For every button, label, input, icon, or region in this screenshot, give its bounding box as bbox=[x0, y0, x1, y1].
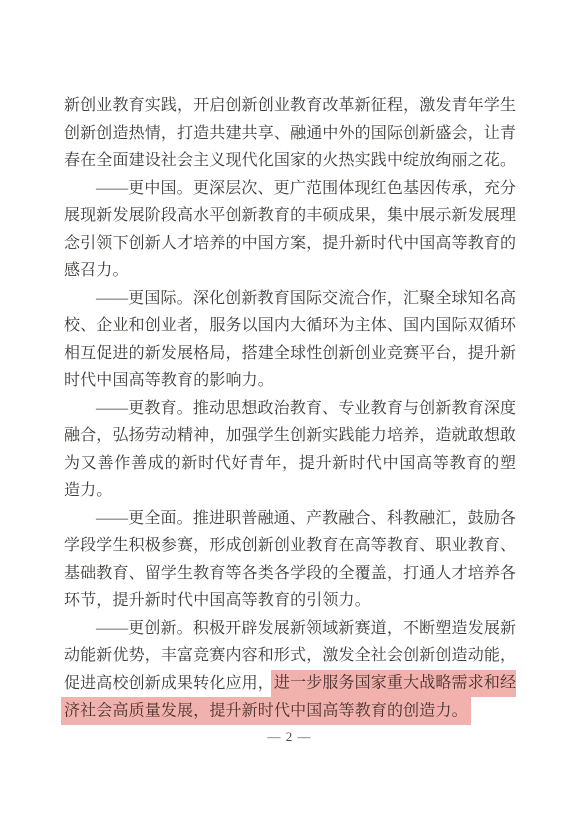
text-line: 新创业教育实践，开启创新创业教育改革新征程，激发青年学生 bbox=[64, 92, 516, 120]
text-line: 感召力。 bbox=[64, 257, 516, 285]
text-segment: 融合，弘扬劳动精神，加强学生创新实践能力培养，造就敢想敢 bbox=[64, 427, 516, 444]
highlighted-text: 进一步服务国家重大战略需求和经 bbox=[271, 670, 516, 698]
text-segment: 新创业教育实践，开启创新创业教育改革新征程，激发青年学生 bbox=[64, 97, 516, 114]
text-segment: 念引领下创新人才培养的中国方案，提升新时代中国高等教育的 bbox=[64, 235, 516, 252]
text-line: ——更教育。推动思想政治教育、专业教育与创新教育深度 bbox=[64, 395, 516, 423]
text-line: 造力。 bbox=[64, 477, 516, 505]
text-line: 展现新发展阶段高水平创新教育的丰硕成果，集中展示新发展理 bbox=[64, 202, 516, 230]
document-body: 新创业教育实践，开启创新创业教育改革新征程，激发青年学生创新创造热情，打造共建共… bbox=[64, 92, 516, 725]
text-segment: 学段学生积极参赛，形成创新创业教育在高等教育、职业教育、 bbox=[64, 537, 516, 554]
text-segment: 感召力。 bbox=[64, 262, 129, 279]
document-page: 新创业教育实践，开启创新创业教育改革新征程，激发青年学生创新创造热情，打造共建共… bbox=[0, 0, 579, 819]
text-line: 春在全面建设社会主义现代化国家的火热实践中绽放绚丽之花。 bbox=[64, 147, 516, 175]
text-line: 为又善作善成的新时代好青年，提升新时代中国高等教育的塑 bbox=[64, 450, 516, 478]
text-segment: ——更创新。积极开辟发展新领域新赛道，不断塑造发展新 bbox=[96, 620, 516, 637]
text-line: 创新创造热情，打造共建共享、融通中外的国际创新盛会，让青 bbox=[64, 120, 516, 148]
text-segment: ——更国际。深化创新教育国际交流合作，汇聚全球知名高 bbox=[96, 290, 516, 307]
text-segment: 展现新发展阶段高水平创新教育的丰硕成果，集中展示新发展理 bbox=[64, 207, 516, 224]
page-number: — 2 — bbox=[0, 729, 579, 745]
text-line: ——更中国。更深层次、更广范围体现红色基因传承，充分 bbox=[64, 175, 516, 203]
text-segment: 环节，提升新时代中国高等教育的引领力。 bbox=[64, 592, 371, 609]
text-segment: 创新创造热情，打造共建共享、融通中外的国际创新盛会，让青 bbox=[64, 125, 516, 142]
text-segment: 动能新优势，丰富竞赛内容和形式，激发全社会创新创造动能， bbox=[64, 647, 516, 664]
text-line: 念引领下创新人才培养的中国方案，提升新时代中国高等教育的 bbox=[64, 230, 516, 258]
text-segment: ——更教育。推动思想政治教育、专业教育与创新教育深度 bbox=[96, 400, 516, 417]
highlighted-text: 济社会高质量发展，提升新时代中国高等教育的创造力。 bbox=[61, 697, 471, 725]
text-line: 动能新优势，丰富竞赛内容和形式，激发全社会创新创造动能， bbox=[64, 642, 516, 670]
text-line: 相互促进的新发展格局，搭建全球性创新创业竞赛平台，提升新 bbox=[64, 340, 516, 368]
text-segment: 时代中国高等教育的影响力。 bbox=[64, 372, 274, 389]
text-line: 学段学生积极参赛，形成创新创业教育在高等教育、职业教育、 bbox=[64, 532, 516, 560]
text-segment: ——更全面。推进职普融通、产教融合、科教融汇，鼓励各 bbox=[96, 510, 516, 527]
text-segment: ——更中国。更深层次、更广范围体现红色基因传承，充分 bbox=[96, 180, 516, 197]
text-line: 环节，提升新时代中国高等教育的引领力。 bbox=[64, 587, 516, 615]
text-segment: 基础教育、留学生教育等各类各学段的全覆盖，打通人才培养各 bbox=[64, 565, 516, 582]
text-segment: 造力。 bbox=[64, 482, 112, 499]
text-segment: 春在全面建设社会主义现代化国家的火热实践中绽放绚丽之花。 bbox=[64, 152, 516, 169]
text-line: 济社会高质量发展，提升新时代中国高等教育的创造力。 bbox=[64, 697, 516, 725]
text-line: 时代中国高等教育的影响力。 bbox=[64, 367, 516, 395]
text-line: 融合，弘扬劳动精神，加强学生创新实践能力培养，造就敢想敢 bbox=[64, 422, 516, 450]
text-line: 促进高校创新成果转化应用，进一步服务国家重大战略需求和经 bbox=[64, 670, 516, 698]
text-line: 校、企业和创业者，服务以国内大循环为主体、国内国际双循环 bbox=[64, 312, 516, 340]
text-line: ——更国际。深化创新教育国际交流合作，汇聚全球知名高 bbox=[64, 285, 516, 313]
text-line: ——更全面。推进职普融通、产教融合、科教融汇，鼓励各 bbox=[64, 505, 516, 533]
text-segment: 相互促进的新发展格局，搭建全球性创新创业竞赛平台，提升新 bbox=[64, 345, 516, 362]
text-segment: 为又善作善成的新时代好青年，提升新时代中国高等教育的塑 bbox=[64, 455, 516, 472]
text-line: 基础教育、留学生教育等各类各学段的全覆盖，打通人才培养各 bbox=[64, 560, 516, 588]
text-line: ——更创新。积极开辟发展新领域新赛道，不断塑造发展新 bbox=[64, 615, 516, 643]
text-segment: 校、企业和创业者，服务以国内大循环为主体、国内国际双循环 bbox=[64, 317, 516, 334]
text-segment: 促进高校创新成果转化应用， bbox=[64, 675, 274, 692]
